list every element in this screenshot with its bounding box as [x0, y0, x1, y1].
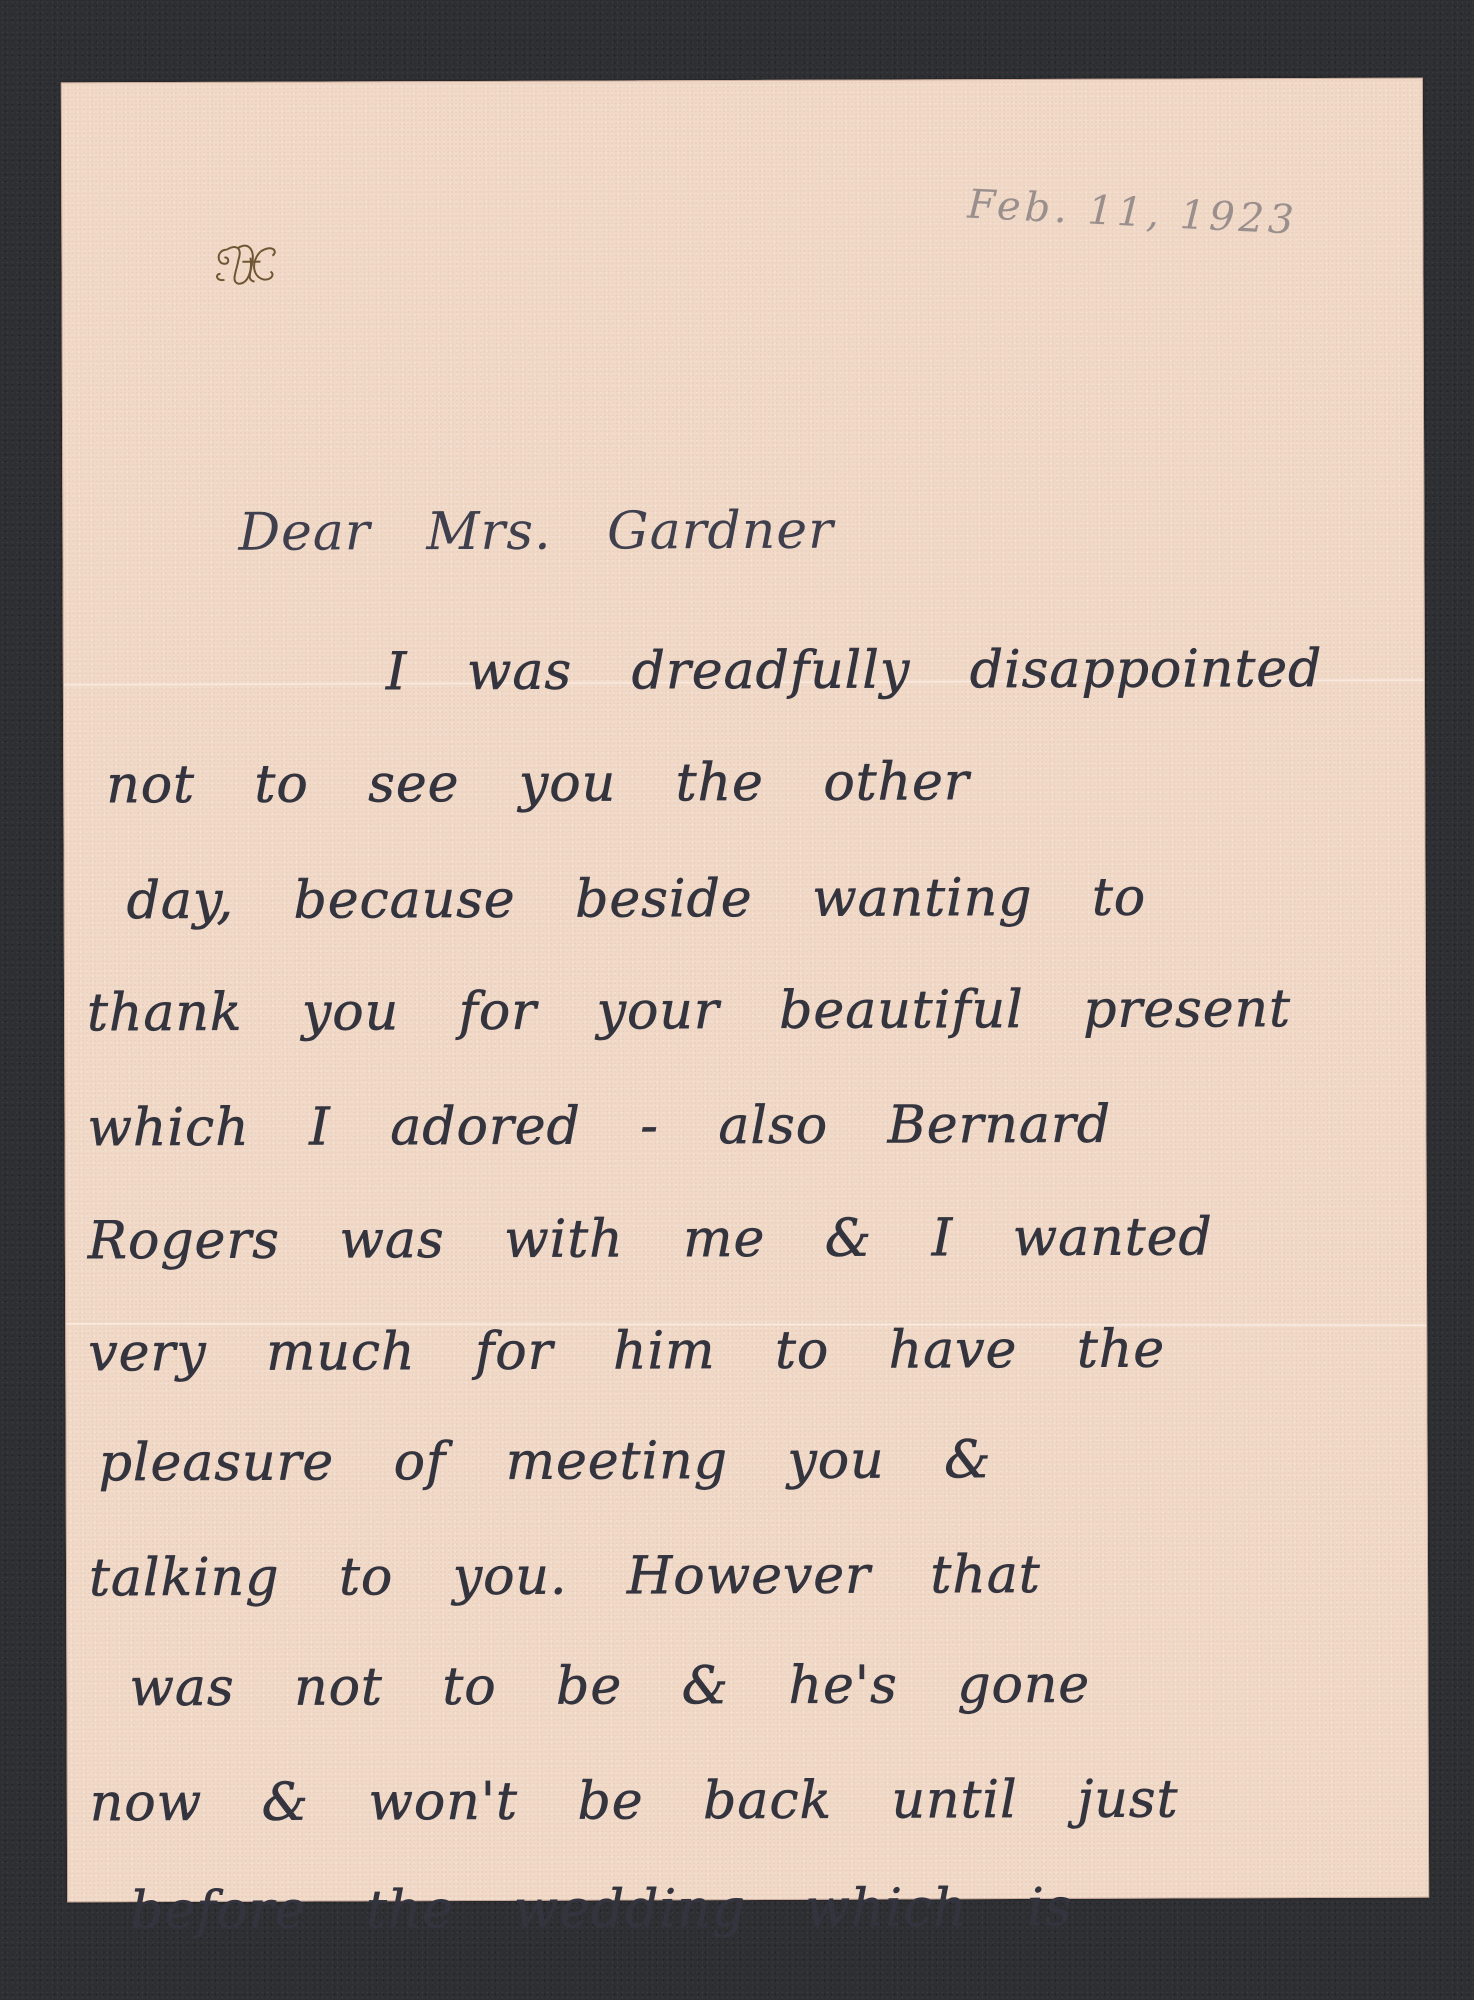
body-line: was not to be & he's gone — [129, 1655, 1090, 1718]
salutation: Dear Mrs. Gardner — [238, 501, 834, 563]
body-line: before the wedding which is — [130, 1878, 1073, 1941]
body-line: thank you for your beautiful present — [87, 979, 1291, 1043]
date-annotation: Feb. 11, 1923 — [966, 182, 1298, 244]
monogram-icon — [212, 238, 282, 288]
body-line: Rogers was with me & I wanted — [88, 1207, 1213, 1271]
letter-body: I was dreadfully disappointed not to see… — [86, 639, 1406, 644]
body-line: which I adored - also Bernard — [87, 1095, 1111, 1159]
body-line: day, because beside wanting to — [127, 868, 1147, 932]
letter-page: Feb. 11, 1923 Dear Mrs. Gardner I was dr… — [61, 78, 1429, 1903]
body-line: pleasure of meeting you & — [99, 1430, 992, 1493]
body-line: now & won't be back until just — [90, 1769, 1179, 1833]
body-line: very much for him to have the — [88, 1320, 1165, 1384]
body-line: I was dreadfully disappointed — [386, 639, 1323, 702]
body-line: not to see you the other — [106, 752, 970, 815]
body-line: talking to you. However that — [89, 1545, 1041, 1608]
